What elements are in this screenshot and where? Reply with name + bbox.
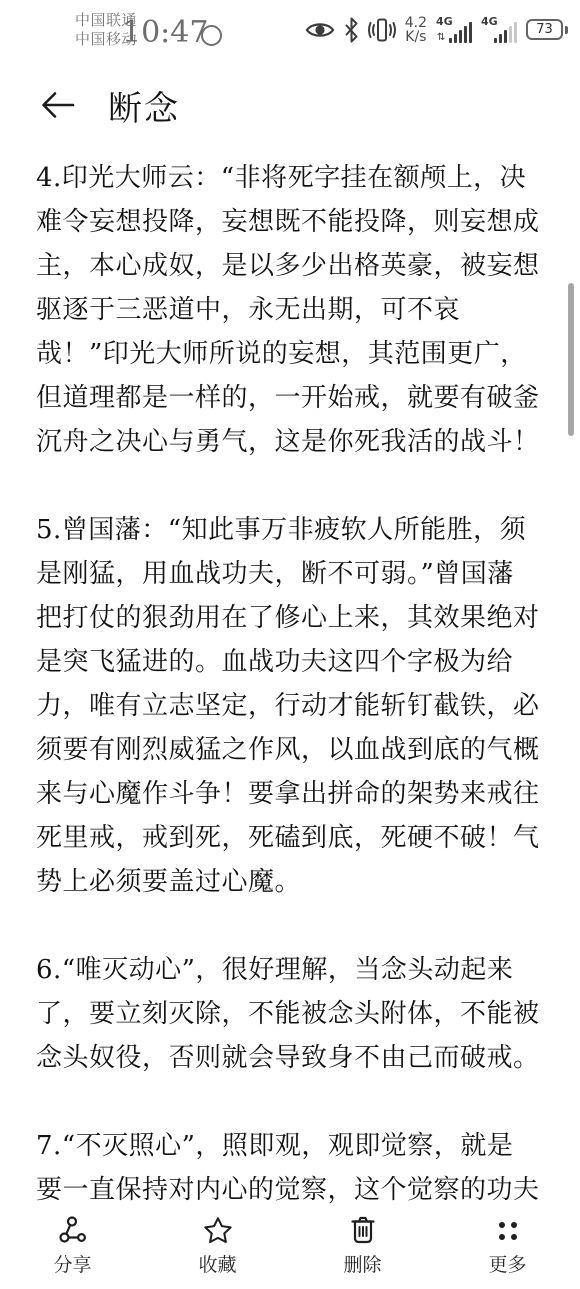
text-line: 5.曾国藩：“知此事万非疲软人所能胜，须 (36, 508, 544, 552)
share-button[interactable]: 分享 (0, 1211, 145, 1289)
status-icons: 4.2 K/s 4G ⇅ 4G 73 (305, 0, 570, 60)
status-time: 10:47 (122, 15, 208, 50)
text-line: 主，本心成奴，是以多少出格英豪，被妄想 (36, 244, 544, 288)
battery-icon: 73 (526, 18, 570, 42)
share-icon (58, 1215, 88, 1245)
text-line: 4.印光大师云：“非将死字挂在额颅上，决 (36, 156, 544, 200)
more-dots-icon (493, 1215, 523, 1245)
text-line: 7.“不灭照心”，照即观，观即觉察，就是 (36, 1124, 544, 1168)
favorite-label: 收藏 (198, 1250, 236, 1277)
back-button[interactable] (38, 87, 78, 123)
text-line: 是刚猛，用血战功夫，断不可弱。”曾国藩 (36, 552, 544, 596)
favorite-button[interactable]: 收藏 (145, 1211, 290, 1289)
text-line: 但道理都是一样的，一开始戒，就要有破釜 (36, 376, 544, 420)
network-speed: 4.2 K/s (405, 16, 427, 44)
paragraph: 7.“不灭照心”，照即观，观即觉察，就是要一直保持对内心的觉察，这个觉察的功夫 (36, 1124, 544, 1212)
network-speed-unit: K/s (405, 30, 427, 44)
vibrate-icon (368, 17, 396, 43)
header: 断念 (0, 74, 580, 136)
text-line: 须要有刚烈威猛之作风，以血战到底的气概 (36, 728, 544, 772)
text-line: 来与心魔作斗争！要拿出拼命的架势来戒往 (36, 772, 544, 816)
text-line: 念头奴役，否则就会导致身不由己而破戒。 (36, 1036, 544, 1080)
scrollbar-thumb[interactable] (568, 283, 574, 436)
content-area: 4.印光大师云：“非将死字挂在额颅上，决难令妄想投降，妄想既不能投降，则妄想成主… (0, 156, 580, 1212)
text-line: 了，要立刻灭除，不能被念头附体，不能被 (36, 992, 544, 1036)
text-line: 沉舟之决心与勇气，这是你死我活的战斗！ (36, 420, 544, 464)
trash-icon (348, 1215, 378, 1245)
delete-button[interactable]: 删除 (290, 1211, 435, 1289)
network-speed-value: 4.2 (405, 16, 427, 30)
text-line: 哉！”印光大师所说的妄想，其范围更广， (36, 332, 544, 376)
page-title: 断念 (108, 81, 180, 130)
bottom-toolbar: 分享 收藏 删除 更多 (0, 1211, 580, 1289)
more-button[interactable]: 更多 (435, 1211, 580, 1289)
paragraph: 5.曾国藩：“知此事万非疲软人所能胜，须是刚猛，用血战功夫，断不可弱。”曾国藩把… (36, 508, 544, 904)
signal1-updown-arrows: ⇅ (437, 33, 445, 43)
text-line: 把打仗的狠劲用在了修心上来，其效果绝对 (36, 596, 544, 640)
signal2-bars-icon (494, 22, 517, 43)
paragraph: 4.印光大师云：“非将死字挂在额颅上，决难令妄想投降，妄想既不能投降，则妄想成主… (36, 156, 544, 464)
signal-primary: 4G ⇅ (436, 15, 472, 45)
text-line: 驱逐于三恶道中，永无出期，可不哀 (36, 288, 544, 332)
text-line: 死里戒，戒到死，死磕到底，死硬不破！气 (36, 816, 544, 860)
text-line: 力，唯有立志坚定，行动才能斩钉截铁，必 (36, 684, 544, 728)
eye-comfort-icon (305, 19, 335, 41)
delete-label: 删除 (343, 1250, 381, 1277)
status-bar: 中国联通 中国移动 10:47 4.2 K/s (0, 0, 580, 60)
screen: { "status_bar": { "carrier_line1": "中国联通… (0, 0, 580, 1289)
text-line: 是突飞猛进的。血战功夫这四个字极为给 (36, 640, 544, 684)
star-icon (203, 1215, 233, 1245)
share-label: 分享 (53, 1250, 91, 1277)
arrow-left-icon (39, 89, 77, 121)
bluetooth-icon (344, 17, 359, 43)
battery-percent: 73 (536, 22, 553, 37)
signal-secondary: 4G (481, 15, 517, 45)
text-line: 难令妄想投降，妄想既不能投降，则妄想成 (36, 200, 544, 244)
battery-nub (565, 26, 569, 34)
text-line: 6.“唯灭动心”，很好理解，当念头动起来 (36, 948, 544, 992)
signal1-bars-icon (449, 22, 472, 43)
more-label: 更多 (488, 1250, 526, 1277)
text-line: 势上必须要盖过心魔。 (36, 860, 544, 904)
text-line: 要一直保持对内心的觉察，这个觉察的功夫 (36, 1168, 544, 1212)
paragraph: 6.“唯灭动心”，很好理解，当念头动起来了，要立刻灭除，不能被念头附体，不能被念… (36, 948, 544, 1080)
alarm-icon (201, 25, 222, 46)
